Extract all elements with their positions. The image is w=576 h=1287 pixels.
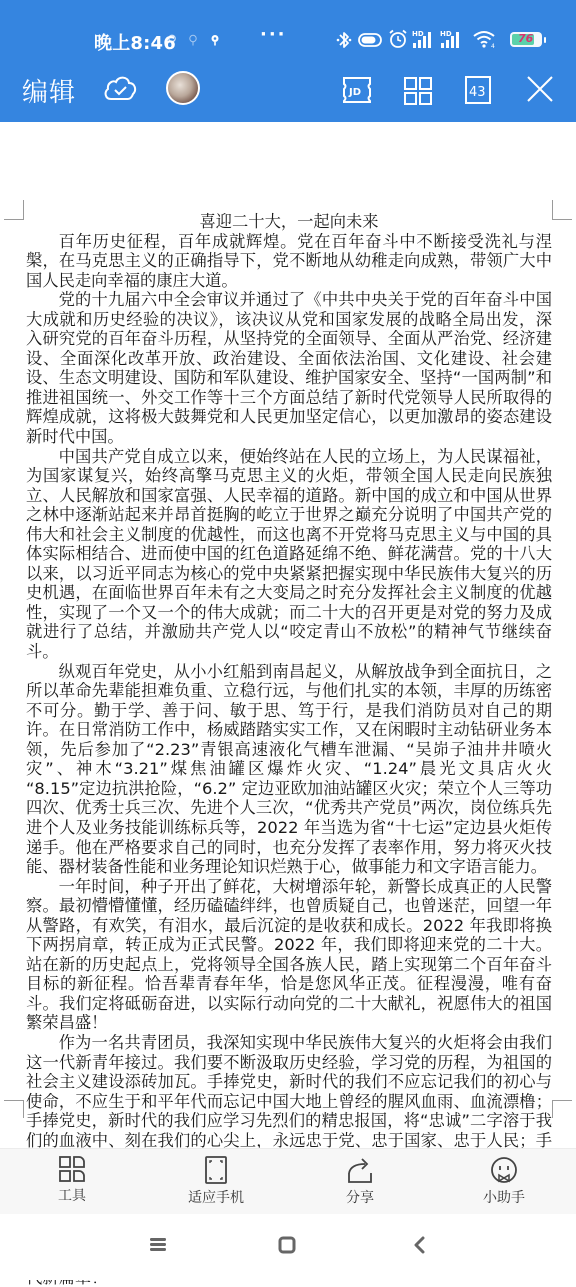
document-page[interactable]: 喜迎二十大，一起向未来 百年历史征程，百年成就辉煌。党在百年奋斗中不断接受洗礼与… <box>0 122 576 1118</box>
paragraph: 党的十九届六中全会审议并通过了《中共中央关于党的百年奋斗中国大成就和历史经验的决… <box>26 290 552 446</box>
assistant-button[interactable]: 小助手 <box>454 1149 554 1215</box>
toggle-icon <box>358 31 384 49</box>
battery-level: 76 <box>518 32 533 45</box>
page-margin-corner-top-right <box>552 200 572 220</box>
location-icon <box>167 34 177 46</box>
document-title: 喜迎二十大，一起向未来 <box>26 212 552 232</box>
page-count-icon[interactable]: 43 <box>464 75 492 105</box>
signal-hd-2-icon: HD <box>440 28 464 50</box>
app-header: 晚上8:46 ··· <box>0 0 576 122</box>
alarm-icon <box>388 29 408 49</box>
fit-phone-icon <box>204 1155 228 1185</box>
fit-phone-label: 适应手机 <box>166 1187 266 1207</box>
fit-phone-button[interactable]: 适应手机 <box>166 1149 266 1215</box>
location-outline-icon <box>188 34 198 46</box>
home-icon[interactable] <box>278 1236 296 1254</box>
svg-text:4: 4 <box>491 43 495 49</box>
status-time: 晚上8:46 <box>94 29 176 55</box>
editor-toolbar: 编辑 JD 43 <box>0 62 576 118</box>
edit-button[interactable]: 编辑 <box>22 72 76 109</box>
more-notifications-icon: ··· <box>260 24 287 45</box>
share-icon <box>345 1155 375 1185</box>
paragraph: 纵观百年党史，从小小红船到南昌起义，从解放战争到全面抗日，之所以革命先辈能担难负… <box>26 662 552 877</box>
avatar[interactable] <box>166 71 200 105</box>
svg-text:43: 43 <box>469 85 486 100</box>
share-button[interactable]: 分享 <box>310 1149 410 1215</box>
back-icon[interactable] <box>412 1236 426 1254</box>
paragraph: 一年时间，种子开出了鲜花，大树增添年轮，新警长成真正的人民警察。最初懵懵懂懂，经… <box>26 877 552 1033</box>
jd-icon[interactable]: JD <box>340 76 374 104</box>
document-body[interactable]: 喜迎二十大，一起向未来 百年历史征程，百年成就辉煌。党在百年奋斗中不断接受洗礼与… <box>26 212 552 1280</box>
menu-icon[interactable] <box>149 1236 167 1252</box>
svg-text:HD: HD <box>412 30 424 38</box>
close-icon[interactable] <box>526 75 554 103</box>
signal-hd-1-icon: HD <box>412 28 436 50</box>
page-margin-corner-bottom-left <box>4 1100 24 1118</box>
wifi-icon: 4 <box>472 29 500 49</box>
bluetooth-icon <box>336 30 352 50</box>
battery-icon: 76 <box>510 32 542 47</box>
share-label: 分享 <box>310 1187 410 1207</box>
paragraph: 百年历史征程，百年成就辉煌。党在百年奋斗中不断接受洗礼与涅槃，在马克思主义的正确… <box>26 232 552 291</box>
assistant-icon <box>489 1155 519 1185</box>
page-margin-corner-bottom-right <box>552 1100 572 1118</box>
svg-text:HD: HD <box>440 30 452 38</box>
bottom-action-bar: 工具 适应手机 分享 小助手 <box>0 1148 576 1214</box>
assistant-label: 小助手 <box>454 1187 554 1207</box>
system-nav-bar <box>0 1214 576 1280</box>
status-bar: 晚上8:46 ··· <box>0 22 576 58</box>
tools-label: 工具 <box>22 1185 122 1205</box>
page-margin-corner-top-left <box>4 200 24 220</box>
paragraph: 中国共产党自成立以来，便始终站在人民的立场上，为人民谋福祉，为国家谋复兴，始终高… <box>26 447 552 662</box>
battery-tip <box>544 37 546 43</box>
tools-button[interactable]: 工具 <box>22 1149 122 1215</box>
location-filled-icon <box>210 34 220 46</box>
svg-text:JD: JD <box>348 87 361 98</box>
tools-grid-icon <box>58 1155 86 1183</box>
grid-view-icon[interactable] <box>403 76 433 106</box>
cloud-sync-icon[interactable] <box>102 72 138 104</box>
